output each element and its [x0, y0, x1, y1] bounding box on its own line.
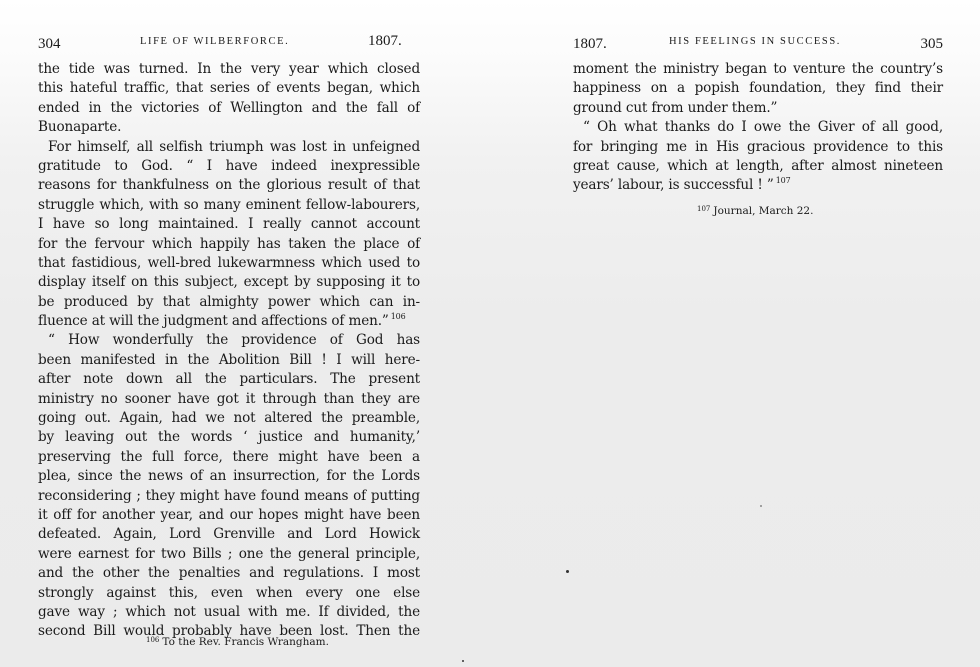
- text-line: be produced by that almighty power which…: [38, 293, 420, 312]
- text-line: this hateful traffic, that series of eve…: [38, 79, 420, 98]
- text-line-content: defeated. Again, Lord Grenville and Lord…: [38, 526, 420, 542]
- text-line-content: reconsidering ; they might have found me…: [38, 488, 420, 504]
- scan-speck: [760, 505, 762, 507]
- text-line: gratitude to God. “ I have indeed inexpr…: [38, 157, 420, 176]
- text-line: I have so long maintained. I really cann…: [38, 215, 420, 234]
- text-line: were earnest for two Bills ; one the gen…: [38, 545, 420, 564]
- text-line-content: Buonaparte.: [38, 119, 121, 135]
- footnote-text: To the Rev. Francis Wrangham.: [162, 636, 329, 648]
- footnote-reference: 106: [391, 312, 406, 321]
- text-line-content: ended in the victories of Wellington and…: [38, 100, 420, 116]
- text-line-content: preserving the full force, there might h…: [38, 449, 420, 465]
- text-line-content: plea, since the news of an insurrection,…: [38, 468, 420, 484]
- text-line-content: struggle which, with so many eminent fel…: [38, 197, 420, 213]
- text-line: reconsidering ; they might have found me…: [38, 487, 420, 506]
- text-line: ended in the victories of Wellington and…: [38, 99, 420, 118]
- text-line-content: been manifested in the Abolition Bill ! …: [38, 352, 420, 368]
- text-line: that fastidious, well-bred lukewarmness …: [38, 254, 420, 273]
- text-line-content: were earnest for two Bills ; one the gen…: [38, 546, 420, 562]
- text-line-content: gratitude to God. “ I have indeed inexpr…: [38, 158, 420, 174]
- text-line-content: great cause, which at length, after almo…: [573, 158, 943, 174]
- text-line-content: reasons for thankfulness on the glorious…: [38, 177, 420, 193]
- footnote-mark: 107: [697, 205, 710, 213]
- footnote: 106To the Rev. Francis Wrangham.: [146, 636, 329, 648]
- text-line: after note down all the particulars. The…: [38, 370, 420, 389]
- text-line-content: display itself on this subject, except b…: [38, 274, 420, 290]
- text-line-content: I have so long maintained. I really cann…: [38, 216, 420, 232]
- right-body-text: moment the ministry began to venture the…: [573, 60, 943, 196]
- scan-speck: [566, 570, 569, 573]
- text-line-content: by leaving out the words ‘ justice and h…: [38, 429, 420, 445]
- text-line: struggle which, with so many eminent fel…: [38, 196, 420, 215]
- footnote-reference: 107: [776, 176, 791, 185]
- text-line: for bringing me in His gracious providen…: [573, 138, 943, 157]
- text-line: display itself on this subject, except b…: [38, 273, 420, 292]
- text-line-content: it off for another year, and our hopes m…: [38, 507, 420, 523]
- text-line-content: gave way ; which not usual with me. If d…: [38, 604, 420, 620]
- text-line-content: the tide was turned. In the very year wh…: [38, 61, 420, 77]
- text-line-content: for the fervour which happily has taken …: [38, 236, 420, 252]
- text-line: it off for another year, and our hopes m…: [38, 506, 420, 525]
- page-number: 305: [921, 36, 944, 53]
- text-line: For himself, all selfish triumph was los…: [38, 138, 420, 157]
- running-title: His Feelings in Success.: [669, 36, 841, 47]
- text-line: reasons for thankfulness on the glorious…: [38, 176, 420, 195]
- text-line-content: for bringing me in His gracious providen…: [573, 139, 943, 155]
- text-line-content: strongly against this, even when every o…: [38, 585, 420, 601]
- text-line: ministry no sooner have got it through t…: [38, 390, 420, 409]
- text-line: for the fervour which happily has taken …: [38, 235, 420, 254]
- left-running-head: 304 Life of Wilberforce. 1807.: [38, 33, 420, 53]
- text-line: ground cut from under them.”: [573, 99, 943, 118]
- left-page: 304 Life of Wilberforce. 1807. the tide …: [38, 0, 420, 642]
- text-line-content: years’ labour, is successful ! ”: [573, 177, 774, 193]
- right-page: 1807. His Feelings in Success. 305 momen…: [573, 0, 943, 196]
- text-line: happiness on a popish foundation, they f…: [573, 79, 943, 98]
- text-line: strongly against this, even when every o…: [38, 584, 420, 603]
- right-running-head: 1807. His Feelings in Success. 305: [573, 33, 943, 53]
- text-line-content: For himself, all selfish triumph was los…: [48, 139, 420, 155]
- footnote-mark: 106: [146, 636, 159, 644]
- text-line: Buonaparte.: [38, 118, 420, 137]
- text-line: and the other the penalties and regulati…: [38, 564, 420, 583]
- running-title: Life of Wilberforce.: [140, 36, 289, 47]
- page-number: 304: [38, 36, 61, 53]
- text-line: by leaving out the words ‘ justice and h…: [38, 428, 420, 447]
- text-line-content: moment the ministry began to venture the…: [573, 61, 943, 77]
- scan-speck: [462, 660, 464, 662]
- text-line: the tide was turned. In the very year wh…: [38, 60, 420, 79]
- text-line: plea, since the news of an insurrection,…: [38, 467, 420, 486]
- page-year: 1807.: [573, 36, 607, 53]
- page-year: 1807.: [368, 33, 402, 50]
- text-line: gave way ; which not usual with me. If d…: [38, 603, 420, 622]
- text-line: “ How wonderfully the providence of God …: [38, 331, 420, 350]
- text-line: preserving the full force, there might h…: [38, 448, 420, 467]
- text-line-content: fluence at will the judgment and affecti…: [38, 313, 389, 329]
- text-line-content: be produced by that almighty power which…: [38, 294, 420, 310]
- text-line-content: happiness on a popish foundation, they f…: [573, 80, 943, 96]
- text-line: moment the ministry began to venture the…: [573, 60, 943, 79]
- text-line: defeated. Again, Lord Grenville and Lord…: [38, 525, 420, 544]
- left-body-text: the tide was turned. In the very year wh…: [38, 60, 420, 642]
- text-line: going out. Again, had we not altered the…: [38, 409, 420, 428]
- text-line: been manifested in the Abolition Bill ! …: [38, 351, 420, 370]
- text-line-content: going out. Again, had we not altered the…: [38, 410, 420, 426]
- text-line-content: “ Oh what thanks do I owe the Giver of a…: [583, 119, 943, 135]
- text-line: fluence at will the judgment and affecti…: [38, 312, 420, 331]
- text-line-content: ground cut from under them.”: [573, 100, 777, 116]
- footnote-text: Journal, March 22.: [713, 205, 813, 217]
- text-line: years’ labour, is successful ! ”107: [573, 176, 943, 195]
- text-line-content: ministry no sooner have got it through t…: [38, 391, 420, 407]
- text-line: great cause, which at length, after almo…: [573, 157, 943, 176]
- text-line-content: and the other the penalties and regulati…: [38, 565, 420, 581]
- text-line: “ Oh what thanks do I owe the Giver of a…: [573, 118, 943, 137]
- text-line-content: this hateful traffic, that series of eve…: [38, 80, 420, 96]
- footnote: 107Journal, March 22.: [697, 205, 813, 217]
- text-line-content: “ How wonderfully the providence of God …: [48, 332, 420, 348]
- text-line-content: after note down all the particulars. The…: [38, 371, 420, 387]
- text-line-content: that fastidious, well-bred lukewarmness …: [38, 255, 420, 271]
